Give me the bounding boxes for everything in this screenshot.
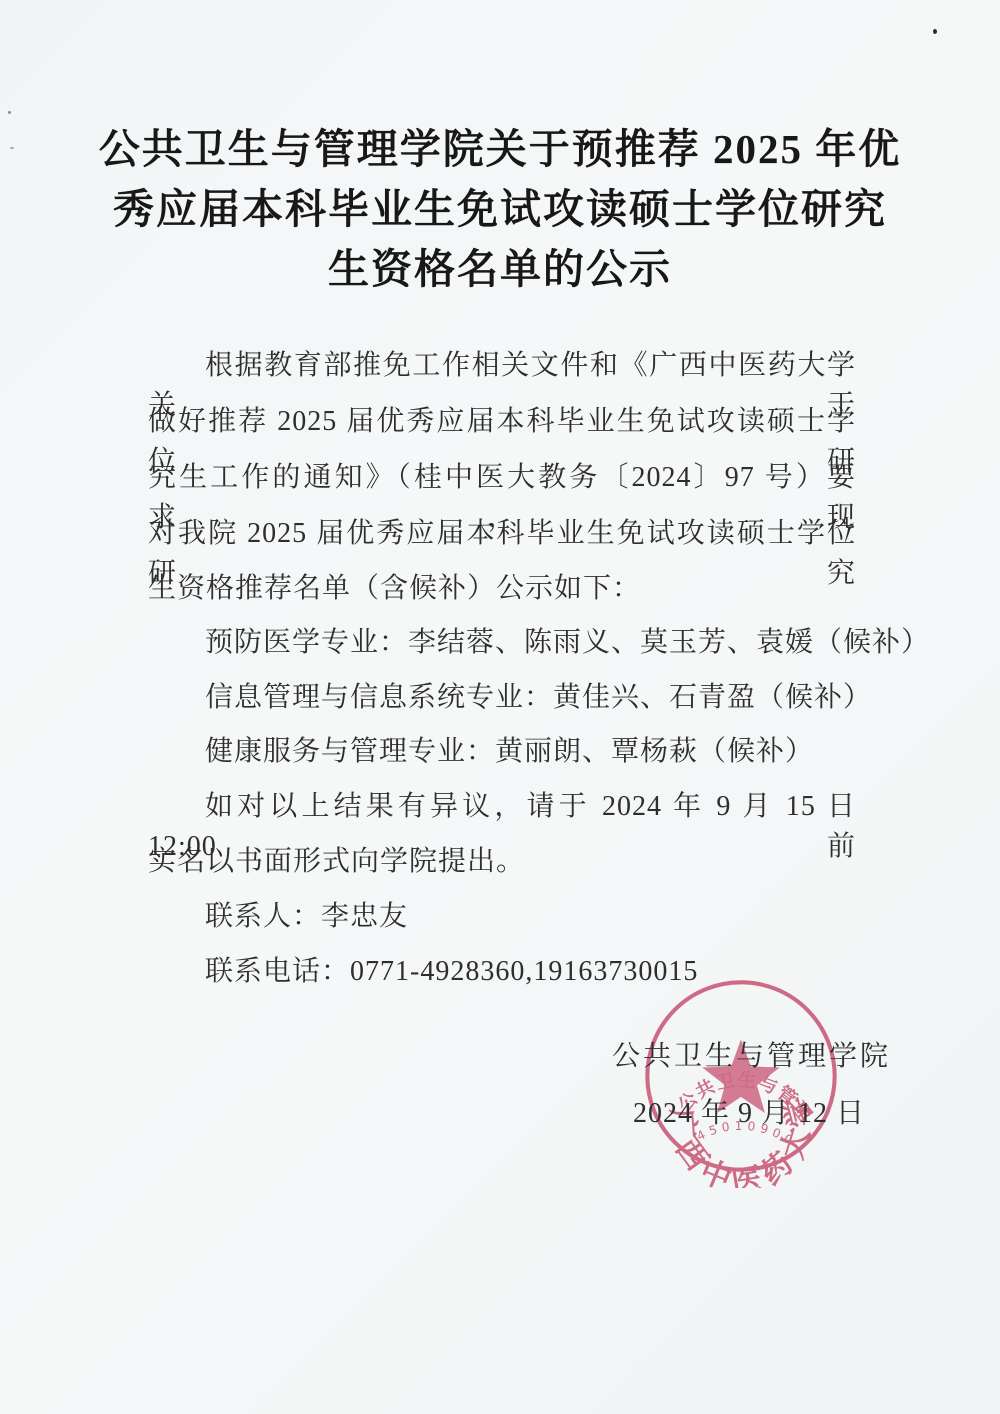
- signature-date: 2024 年 9 月 12 日: [633, 1091, 865, 1131]
- major-list-item: 预防医学专业：李结蓉、陈雨义、莫玉芳、袁媛（候补）: [148, 620, 856, 660]
- major-list-item: 信息管理与信息系统专业：黄佳兴、石青盈（候补）: [148, 675, 856, 715]
- contact-person-line: 联系人：李忠友: [148, 894, 856, 934]
- scan-speck: [933, 29, 937, 34]
- scan-speck: [8, 111, 11, 114]
- scan-speck: [10, 147, 14, 149]
- signature-organization: 公共卫生与管理学院: [612, 1034, 891, 1074]
- major-list-item: 健康服务与管理专业：黄丽朗、覃杨萩（候补）: [148, 729, 856, 769]
- body-line: 生资格推荐名单（含候补）公示如下：: [148, 566, 856, 606]
- scanned-document-page: 公共卫生与管理学院关于预推荐 2025 年优 秀应届本科毕业生免试攻读硕士学位研…: [0, 0, 1000, 1414]
- title-line-3: 生资格名单的公示: [0, 236, 1000, 295]
- title-line-1: 公共卫生与管理学院关于预推荐 2025 年优: [0, 116, 1000, 175]
- official-seal: 广西中医药大学 公共卫生与管理学院 4501090000840: [629, 964, 853, 1188]
- title-line-2: 秀应届本科毕业生免试攻读硕士学位研究: [0, 176, 1000, 235]
- body-line: 实名以书面形式向学院提出。: [148, 839, 856, 879]
